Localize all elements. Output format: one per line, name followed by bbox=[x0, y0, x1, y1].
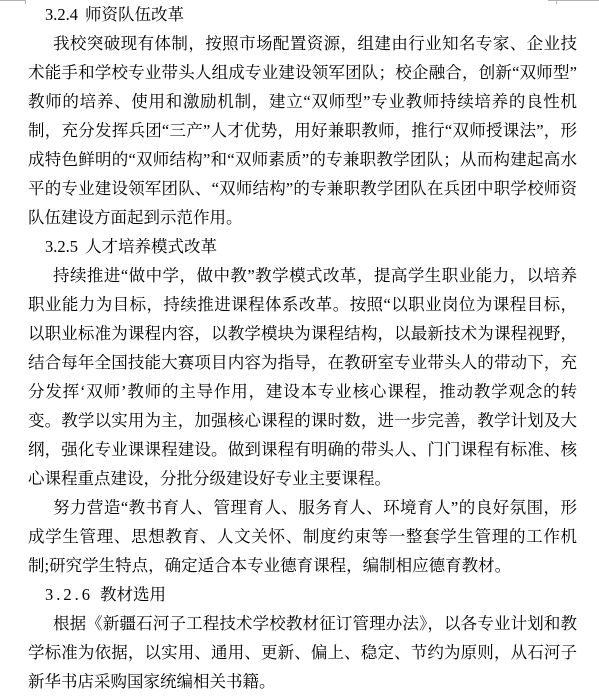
section-title: 师资队伍改革 bbox=[85, 5, 184, 24]
section-title: 人才培养模式改革 bbox=[85, 237, 217, 256]
section-heading-325: 3.2.5人才培养模式改革 bbox=[28, 232, 577, 261]
document-page: 3.2.4师资队伍改革 我校突破现有体制，按照市场配置资源，组建由行业知名专家、… bbox=[0, 0, 599, 696]
top-border-fragment-left bbox=[0, 0, 26, 1]
paragraph-education-atmosphere: 努力营造“教书育人、管理育人、服务育人、环境育人”的良好氛围，形成学生管理、思想… bbox=[28, 493, 577, 580]
paragraph-textbook-selection: 根据《新疆石河子工程技术学校教材征订管理办法》，以各专业计划和教学标准为依据，以… bbox=[28, 609, 577, 696]
paragraph-teacher-team-reform: 我校突破现有体制，按照市场配置资源，组建由行业知名专家、企业技术能手和学校专业带… bbox=[28, 29, 577, 232]
section-number: 3.2.6 bbox=[45, 585, 93, 604]
section-number: 3.2.4 bbox=[45, 5, 78, 24]
document-body: 3.2.4师资队伍改革 我校突破现有体制，按照市场配置资源，组建由行业知名专家、… bbox=[28, 0, 577, 696]
section-title: 教材选用 bbox=[100, 585, 166, 604]
section-number: 3.2.5 bbox=[45, 237, 78, 256]
paragraph-talent-training-reform: 持续推进“做中学，做中教”教学模式改革，提高学生职业能力，以培养职业能力为目标，… bbox=[28, 261, 577, 493]
section-heading-326: 3.2.6教材选用 bbox=[28, 580, 577, 609]
section-heading-324: 3.2.4师资队伍改革 bbox=[28, 0, 577, 29]
top-border-tick-left bbox=[25, 0, 26, 4]
